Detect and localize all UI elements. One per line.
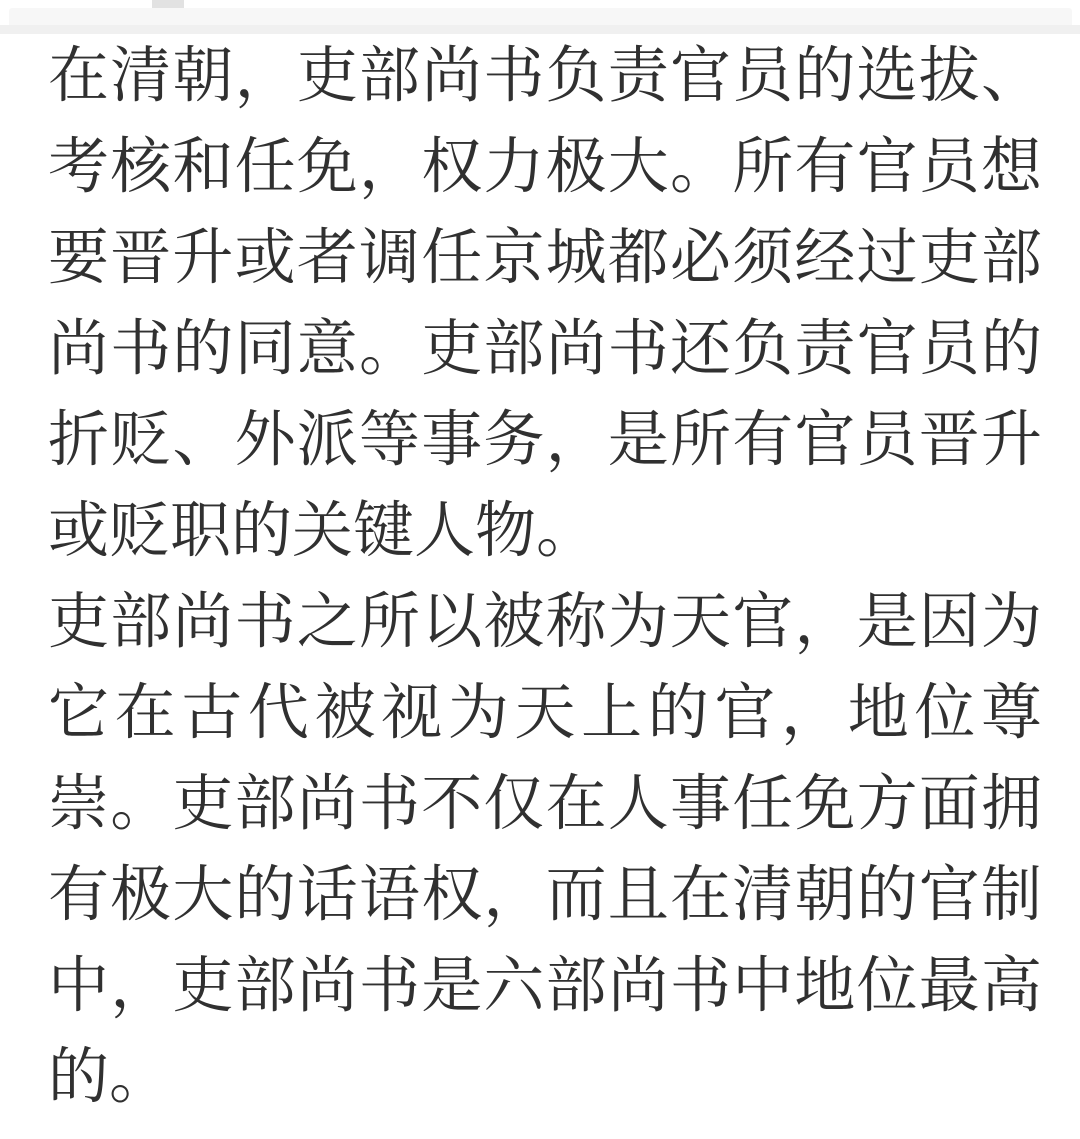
paragraph-2: 吏部尚书之所以被称为天官，是因为它在古代被视为天上的官，地位尊崇。吏部尚书不仅在… [48, 576, 1042, 1122]
paragraph-1: 在清朝，吏部尚书负责官员的选拔、考核和任免，权力极大。所有官员想要晋升或者调任京… [48, 30, 1042, 576]
header-band-upper [9, 8, 1072, 25]
article-text-block: 在清朝，吏部尚书负责官员的选拔、考核和任免，权力极大。所有官员想要晋升或者调任京… [48, 30, 1042, 1122]
top-ui-remnant [0, 0, 1080, 34]
